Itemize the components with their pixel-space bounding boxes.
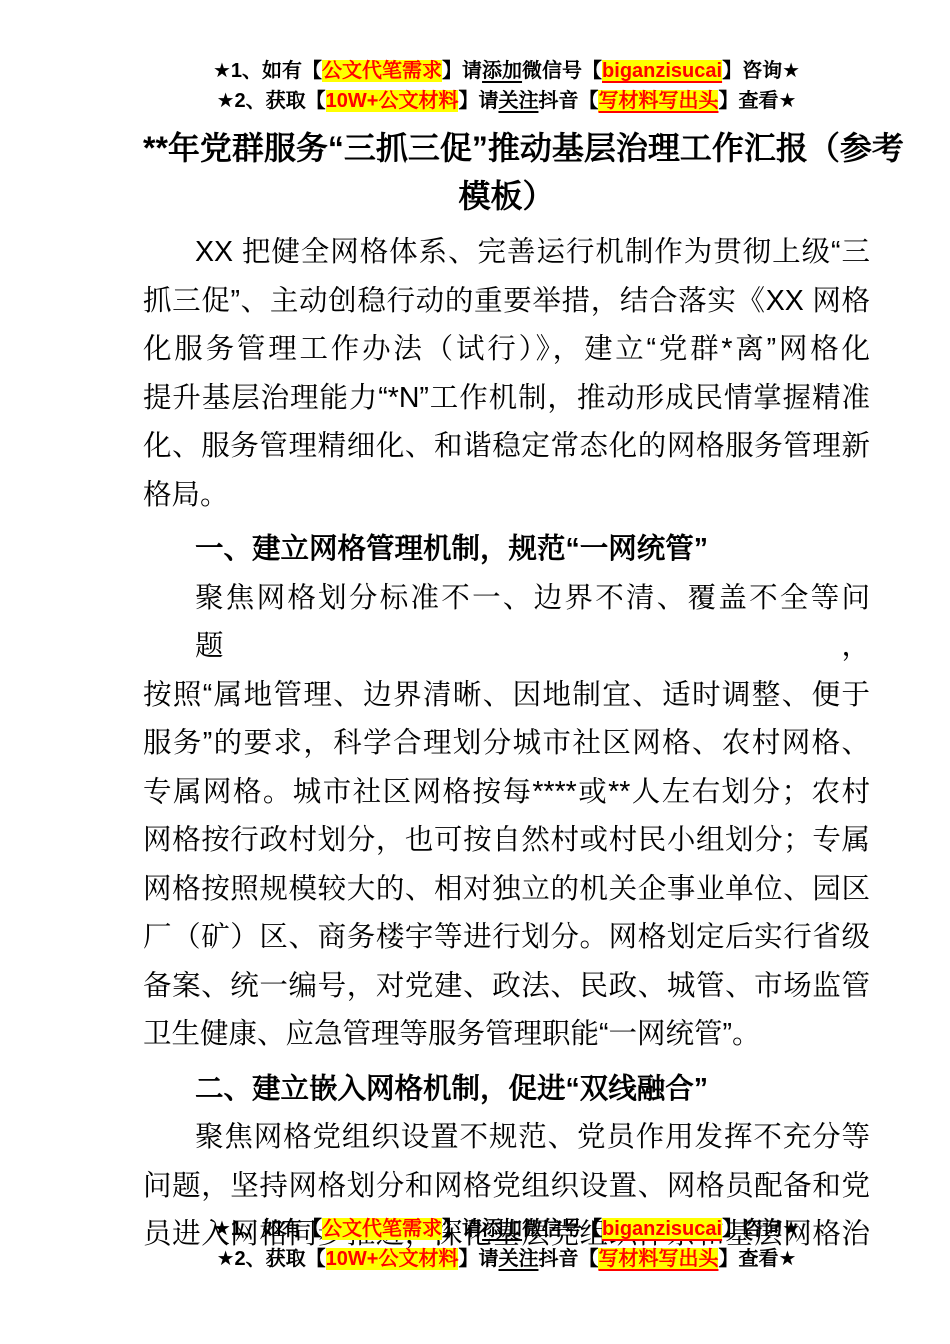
paragraph: XX 把健全网格体系、完善运行机制作为贯彻上级“三抓三促”、主动创稳行动的重要举… (143, 228, 870, 519)
notice-line: ★2、获取【10W+公文材料】请关注抖音【写材料写出头】查看★ (143, 86, 870, 116)
notice-text: 抖音【 (538, 90, 598, 112)
document-body: XX 把健全网格体系、完善运行机制作为贯彻上级“三抓三促”、主动创稳行动的重要举… (143, 228, 870, 1259)
paragraph-line: 网格按行政村划分，也可按自然村或村民小组划分；专属 (143, 816, 870, 865)
highlighted-text: biganzisucai (602, 60, 722, 82)
paragraph-line: 网格按照规模较大的、相对独立的机关企事业单位、园区 (143, 865, 870, 914)
notice-text: ★2、获取【 (217, 1248, 326, 1270)
notice-text: 微信号【 (522, 1218, 602, 1240)
title-line: **年党群服务“三抓三促”推动基层治理工作汇报（参考 (143, 124, 870, 172)
notice-text: 】咨询★ (722, 1218, 800, 1240)
paragraph: 聚焦网格划分标准不一、边界不清、覆盖不全等问题，按照“属地管理、边界清晰、因地制… (143, 574, 870, 1059)
underlined-text: 关注 (498, 1248, 538, 1270)
notice-text: 】咨询★ (722, 60, 800, 82)
notice-line: ★1、如有【公文代笔需求】请添加微信号【biganzisucai】咨询★ (143, 56, 870, 86)
highlighted-text: 公文代笔需求 (322, 60, 442, 82)
notice-text: ★2、获取【 (217, 90, 326, 112)
notice-text: 】查看★ (718, 90, 796, 112)
paragraph-line: 备案、统一编号，对党建、政法、民政、城管、市场监管 (143, 962, 870, 1011)
paragraph-line: 化服务管理工作办法（试行）》，建立“党群*离”网格化 (143, 325, 870, 374)
notice-text: 】请 (458, 1248, 498, 1270)
highlighted-text: 写材料写出头 (598, 1248, 718, 1270)
notice-text: 】请 (442, 1218, 482, 1240)
text-column: ★1、如有【公文代笔需求】请添加微信号【biganzisucai】咨询★★2、获… (143, 0, 870, 1259)
highlighted-text: 10W+公文材料 (326, 1248, 459, 1270)
notice-text: 微信号【 (522, 60, 602, 82)
paragraph-line: 聚焦网格划分标准不一、边界不清、覆盖不全等问题， (143, 574, 870, 671)
paragraph-line: 卫生健康、应急管理等服务管理职能“一网统管”。 (143, 1010, 870, 1059)
underlined-text: 关注 (498, 90, 538, 112)
highlighted-text: 写材料写出头 (598, 90, 718, 112)
notice-text: 】请 (442, 60, 482, 82)
highlighted-text: 10W+公文材料 (326, 90, 459, 112)
section-heading: 二、建立嵌入网格机制，促进“双线融合” (143, 1065, 870, 1114)
notice-text: ★1、如有【 (213, 60, 322, 82)
section-heading: 一、建立网格管理机制，规范“一网统管” (143, 525, 870, 574)
paragraph-line: 按照“属地管理、边界清晰、因地制宜、适时调整、便于 (143, 671, 870, 720)
highlighted-text: biganzisucai (602, 1218, 722, 1240)
underlined-text: 添加 (482, 1218, 522, 1240)
paragraph-line: 专属网格。城市社区网格按每****或**人左右划分；农村 (143, 768, 870, 817)
paragraph-line: 问题，坚持网格划分和网格党组织设置、网格员配备和党 (143, 1162, 870, 1211)
paragraph-line: XX 把健全网格体系、完善运行机制作为贯彻上级“三 (143, 228, 870, 277)
notice-text: 】查看★ (718, 1248, 796, 1270)
highlighted-text: 公文代笔需求 (322, 1218, 442, 1240)
notice-text: 抖音【 (538, 1248, 598, 1270)
footer-notice: ★1、如有【公文代笔需求】请添加微信号【biganzisucai】咨询★★2、获… (143, 1214, 870, 1274)
title-line: 模板） (143, 172, 870, 220)
document-page: ★1、如有【公文代笔需求】请添加微信号【biganzisucai】咨询★★2、获… (0, 0, 950, 1344)
paragraph-line: 服务”的要求，科学合理划分城市社区网格、农村网格、 (143, 719, 870, 768)
paragraph-line: 抓三促”、主动创稳行动的重要举措，结合落实《XX 网格 (143, 277, 870, 326)
document-title: **年党群服务“三抓三促”推动基层治理工作汇报（参考模板） (143, 124, 870, 220)
notice-text: 】请 (458, 90, 498, 112)
header-notice: ★1、如有【公文代笔需求】请添加微信号【biganzisucai】咨询★★2、获… (143, 0, 870, 116)
notice-line: ★1、如有【公文代笔需求】请添加微信号【biganzisucai】咨询★ (143, 1214, 870, 1244)
paragraph-line: 格局。 (143, 471, 870, 520)
underlined-text: 添加 (482, 60, 522, 82)
notice-text: ★1、如有【 (213, 1218, 322, 1240)
paragraph-line: 提升基层治理能力“*N”工作机制，推动形成民情掌握精准 (143, 374, 870, 423)
notice-line: ★2、获取【10W+公文材料】请关注抖音【写材料写出头】查看★ (143, 1244, 870, 1274)
paragraph-line: 聚焦网格党组织设置不规范、党员作用发挥不充分等 (143, 1113, 870, 1162)
paragraph-line: 厂（矿）区、商务楼宇等进行划分。网格划定后实行省级 (143, 913, 870, 962)
paragraph-line: 化、服务管理精细化、和谐稳定常态化的网格服务管理新 (143, 422, 870, 471)
